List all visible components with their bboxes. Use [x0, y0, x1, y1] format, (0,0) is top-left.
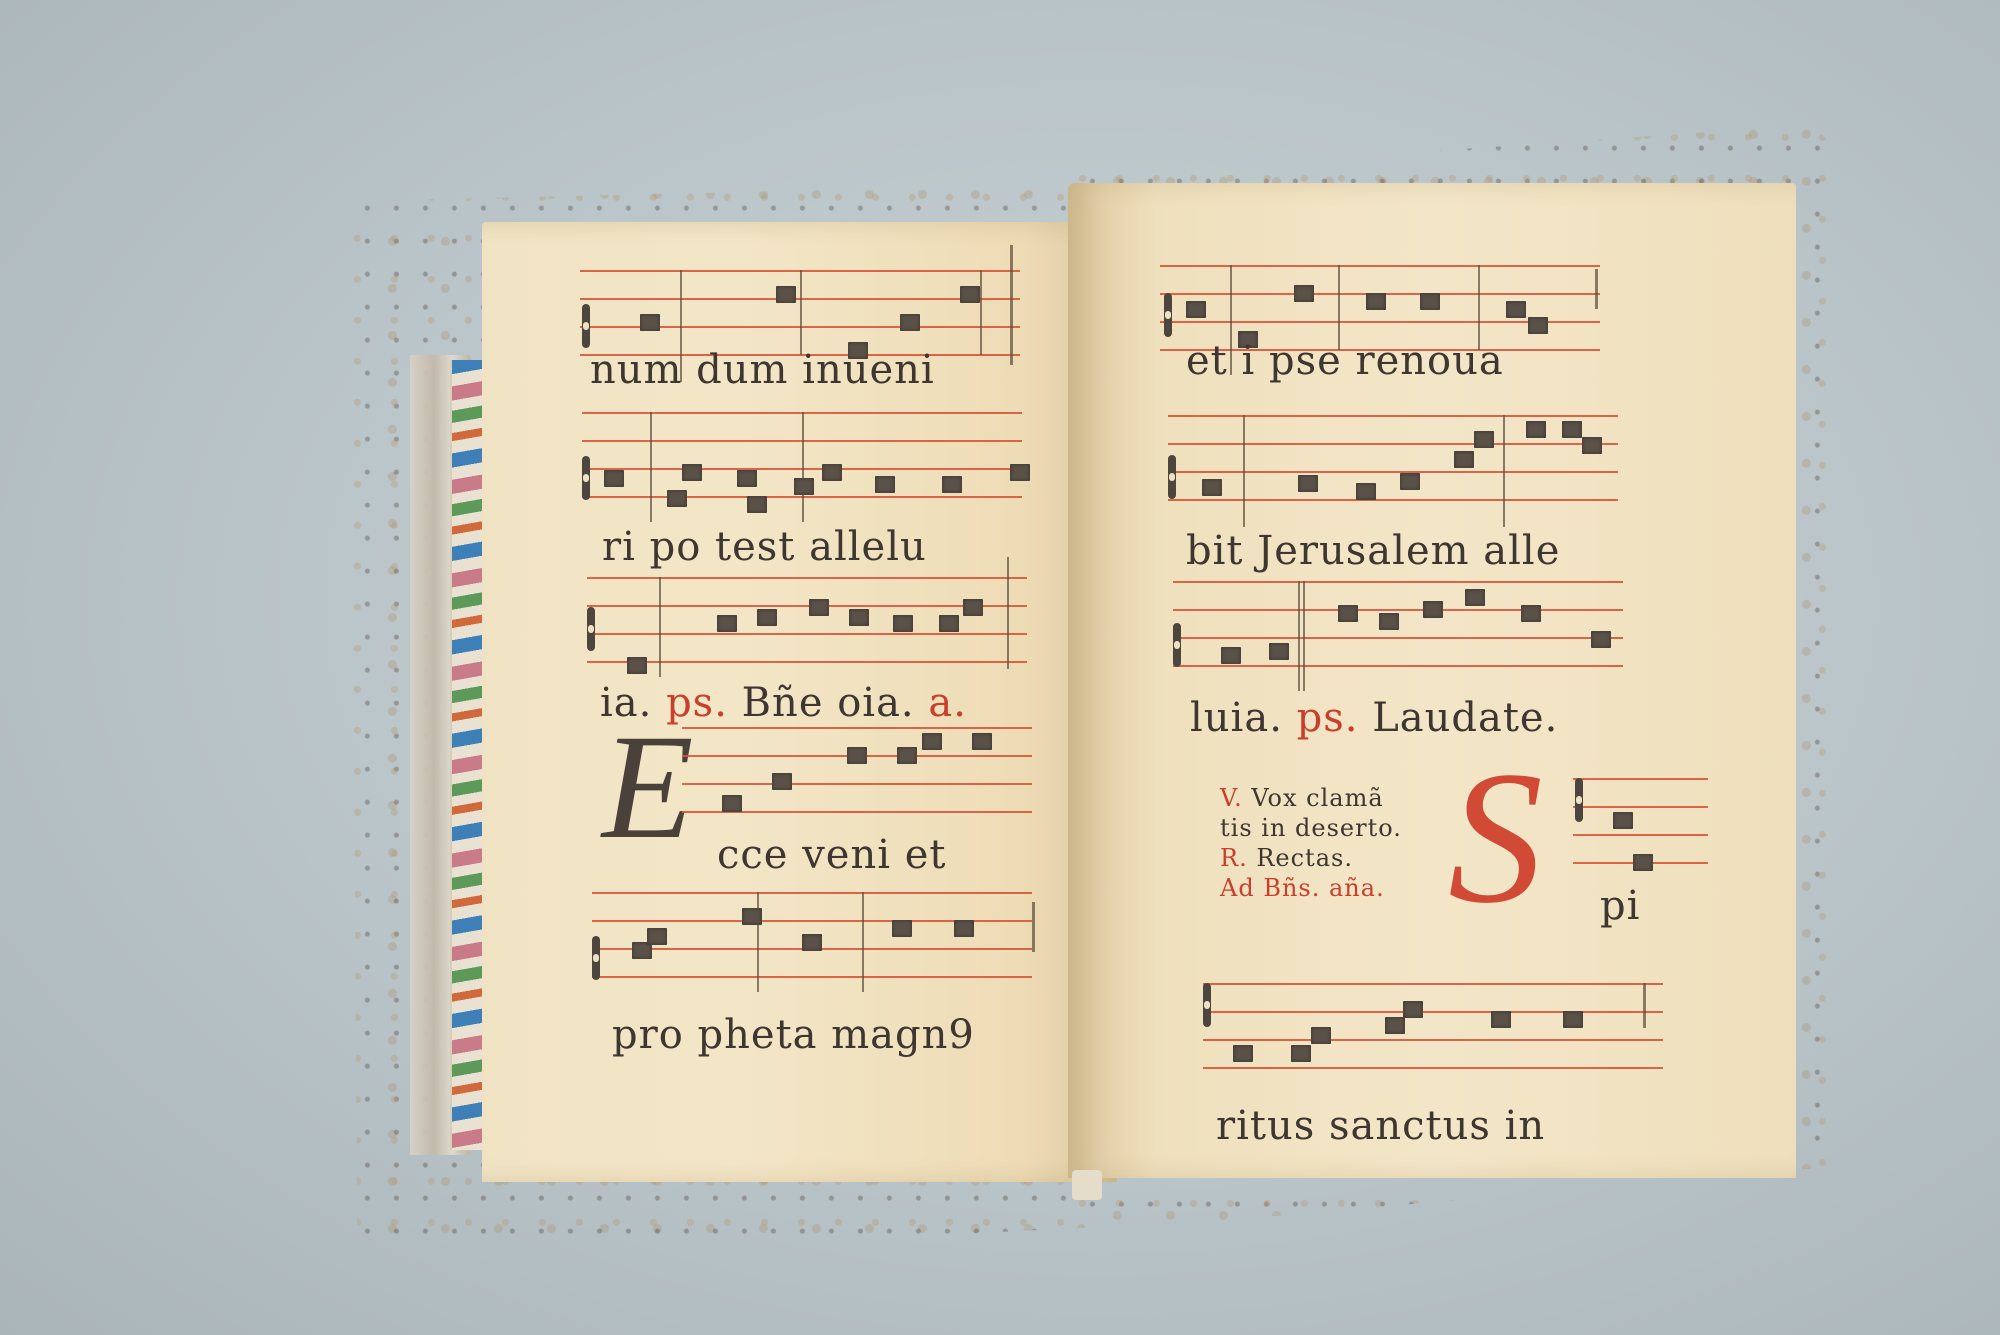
staff — [1173, 581, 1623, 671]
c-clef-icon — [1575, 778, 1583, 822]
c-clef-icon — [1203, 983, 1211, 1027]
versicle-mark: V. — [1220, 784, 1243, 812]
lyric-line: pro pheta magn9 — [612, 1012, 975, 1058]
c-clef-icon — [582, 456, 590, 500]
lyric-line: pi — [1600, 883, 1640, 929]
staff — [682, 727, 1032, 817]
staff — [1168, 415, 1618, 505]
lyric-line: ri po test allelu — [602, 524, 927, 570]
rubric-antiphon: a. — [928, 680, 967, 726]
left-page: num dum inueni ri po test allelu — [482, 222, 1117, 1182]
staff — [1203, 983, 1663, 1073]
response-mark: R. — [1220, 844, 1248, 872]
versicle-text: tis in deserto. — [1220, 814, 1402, 842]
decorated-initial-e: E — [602, 712, 694, 862]
lyric-line: et i pse renoua — [1186, 338, 1504, 384]
versicle-block: V. Vox clamã tis in deserto. R. Rectas. … — [1220, 783, 1402, 903]
rubric-psalm: ps. — [1297, 695, 1359, 741]
c-clef-icon — [1173, 623, 1181, 667]
response-text: Rectas. — [1256, 844, 1353, 872]
lyric-line: cce veni et — [717, 832, 946, 878]
c-clef-icon — [1164, 293, 1172, 337]
c-clef-icon — [587, 607, 595, 651]
lyric-line: ritus sanctus in — [1216, 1103, 1545, 1149]
versicle-text: Vox clamã — [1251, 784, 1383, 812]
lyric-text: Bñe oia. — [742, 680, 915, 726]
lyric-text: luia. — [1190, 695, 1283, 741]
staff — [587, 577, 1027, 667]
right-page: et i pse renoua bit Jerusalem alle l — [1068, 183, 1796, 1178]
rubric-antiphon-line: Ad Bñs. aña. — [1220, 873, 1402, 903]
staff — [1573, 778, 1708, 868]
c-clef-icon — [1168, 455, 1176, 499]
red-initial-s: S — [1448, 743, 1543, 933]
c-clef-icon — [592, 936, 600, 980]
lyric-line: bit Jerusalem alle — [1186, 528, 1560, 574]
staff — [582, 412, 1022, 502]
staff — [592, 892, 1032, 982]
binding-thread — [1072, 1170, 1102, 1200]
lyric-line: num dum inueni — [590, 347, 935, 393]
c-clef-icon — [582, 304, 590, 348]
